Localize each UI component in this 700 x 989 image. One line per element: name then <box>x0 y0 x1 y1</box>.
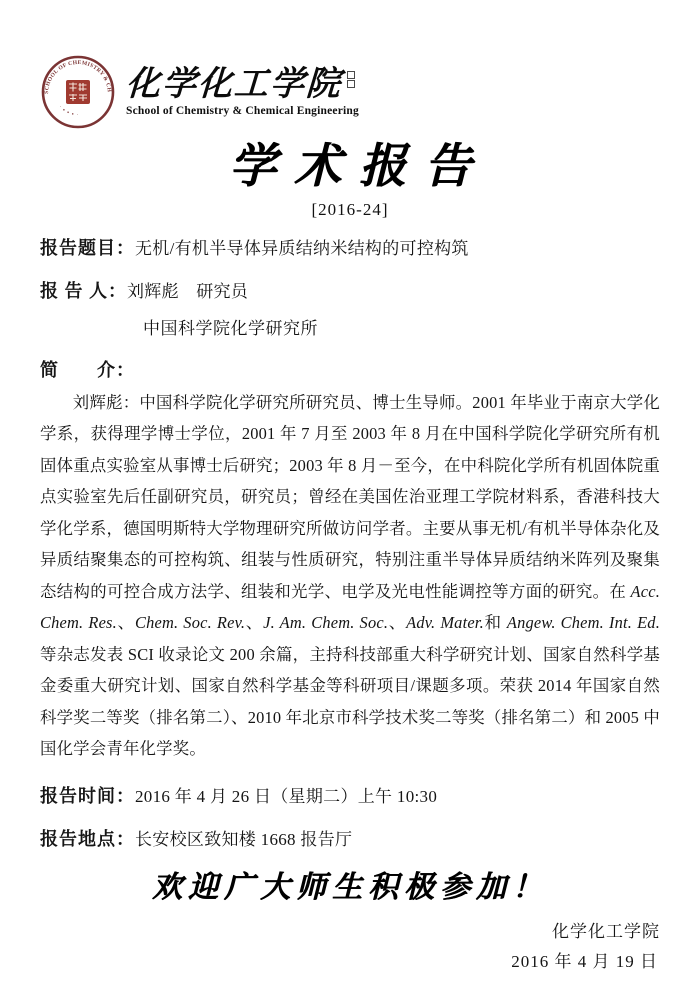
document-title: 学术报告 <box>40 138 660 197</box>
report-title-label: 报告题目： <box>40 233 135 263</box>
speaker-row: 报 告 人： 刘辉彪 研究员 <box>40 276 660 307</box>
report-time-value: 2016 年 4 月 26 日（星期二）上午 10:30 <box>135 782 437 812</box>
school-logo: SCHOOL OF CHEMISTRY & CHEMICAL ENGINEERI… <box>40 54 660 130</box>
announcement-page: SCHOOL OF CHEMISTRY & CHEMICAL ENGINEERI… <box>0 0 700 989</box>
speaker-label: 报 告 人： <box>40 276 127 306</box>
report-title-value: 无机/有机半导体异质结纳米结构的可控构筑 <box>135 234 469 264</box>
welcome-message: 欢迎广大师生积极参加！ <box>40 867 660 909</box>
report-place-row: 报告地点： 长安校区致知楼 1668 报告厅 <box>40 824 660 855</box>
report-title-row: 报告题目： 无机/有机半导体异质结纳米结构的可控构筑 <box>40 233 660 264</box>
report-place-value: 长安校区致知楼 1668 报告厅 <box>135 825 352 855</box>
signature-school: 化学化工学院 <box>40 919 660 945</box>
report-place-label: 报告地点： <box>40 824 135 854</box>
report-time-row: 报告时间： 2016 年 4 月 26 日（星期二）上午 10:30 <box>40 781 660 812</box>
logo-calligraphy-seal-mark <box>347 70 355 89</box>
school-name-cn: 化学化工学院 <box>125 67 343 103</box>
seal-bottom-marks: · ▪ ▪ ▪ · <box>57 104 79 118</box>
school-seal-icon: SCHOOL OF CHEMISTRY & CHEMICAL ENGINEERI… <box>40 54 116 130</box>
svg-text:· ▪ ▪ ▪ ·: · ▪ ▪ ▪ · <box>57 104 79 118</box>
signature-date: 2016 年 4 月 19 日 <box>40 949 660 975</box>
intro-label: 简 介： <box>40 355 135 385</box>
report-time-label: 报告时间： <box>40 781 135 811</box>
school-name-en: School of Chemistry & Chemical Engineeri… <box>126 105 359 117</box>
intro-paragraph: 刘辉彪：中国科学院化学研究所研究员、博士生导师。2001 年毕业于南京大学化学系… <box>40 387 660 765</box>
document-number: [2016-24] <box>40 199 660 221</box>
intro-label-row: 简 介： <box>40 355 660 385</box>
logo-text-block: 化学化工学院 School of Chemistry & Chemical En… <box>126 67 359 118</box>
speaker-affiliation: 中国科学院化学研究所 <box>143 315 660 343</box>
speaker-value: 刘辉彪 研究员 <box>127 277 248 307</box>
